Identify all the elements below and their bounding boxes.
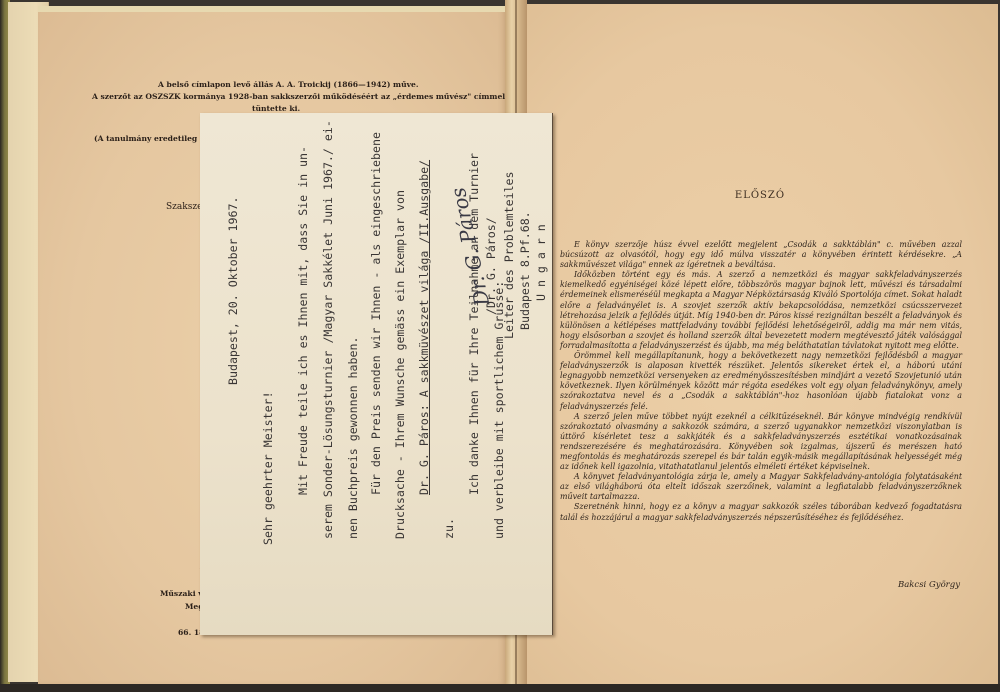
- postcard-salutation: Sehr geehrter Meister!: [261, 391, 275, 545]
- postcard: Budapest, 20. Oktober 1967. Sehr geehrte…: [200, 113, 553, 635]
- postcard-line: Drucksache - Ihrem Wunsche gemäss ein Ex…: [393, 190, 407, 539]
- postcard-sender-address: Budapest 8.Pf.68.: [518, 211, 532, 330]
- right-page: ELŐSZÓ E könyv szerzője húsz évvel ezelő…: [522, 4, 998, 688]
- preface-paragraph: Időközben történt egy és más. A szerző a…: [560, 270, 962, 351]
- postcard-sender-title: Leiter des Problemteiles: [502, 171, 516, 339]
- book-bottom-edge: [0, 684, 1000, 692]
- postcard-line: Mit Freude teile ich es Ihnen mit, dass …: [296, 146, 310, 495]
- preface-title: ELŐSZÓ: [522, 190, 998, 201]
- left-page-line-3: tüntette ki.: [252, 104, 300, 113]
- left-page-line-2: A szerzőt az OSZSZK kormánya 1928-ban sa…: [92, 92, 505, 101]
- left-page-note: (A tanulmány eredetileg: [94, 134, 197, 143]
- postcard-sender-name: /Dr. G. Páros/: [484, 217, 498, 315]
- page-edge-strip: [38, 6, 508, 12]
- postcard-sender-country: U n g a r n: [534, 224, 548, 301]
- postcard-rotated-content: Budapest, 20. Oktober 1967. Sehr geehrte…: [200, 113, 552, 635]
- preface-paragraph: A szerző jelen műve többet nyújt ezeknél…: [560, 412, 962, 473]
- postcard-date: Budapest, 20. Oktober 1967.: [226, 197, 240, 385]
- postcard-book-title: Dr. G. Páros: A sakkmüvészet világa /II.…: [417, 160, 431, 495]
- preface-paragraph: A könyvet feladványantológia zárja le, a…: [560, 472, 962, 502]
- preface-signature: Bakcsi György: [522, 580, 960, 590]
- book-spread: a á v e é i k k s r k c f e g l a n r n …: [0, 0, 1000, 692]
- preface-paragraph: Örömmel kell megállapítanunk, hogy a bek…: [560, 351, 962, 412]
- left-page-line-1: A belső címlapon levő állás A. A. Troick…: [158, 80, 419, 89]
- postcard-line: serem Sonder-Lösungsturnier /Magyar Sakk…: [321, 120, 335, 539]
- preface-paragraph: E könyv szerzője húsz évvel ezelőtt megj…: [560, 240, 962, 270]
- preface-body: E könyv szerzője húsz évvel ezelőtt megj…: [560, 240, 962, 523]
- preface-paragraph: Szeretnénk hinni, hogy ez a könyv a magy…: [560, 502, 962, 522]
- postcard-line: nen Buchpreis gewonnen haben.: [346, 337, 360, 539]
- postcard-line: Für den Preis senden wir Ihnen - als ein…: [369, 132, 383, 495]
- postcard-line: zu.: [442, 518, 456, 539]
